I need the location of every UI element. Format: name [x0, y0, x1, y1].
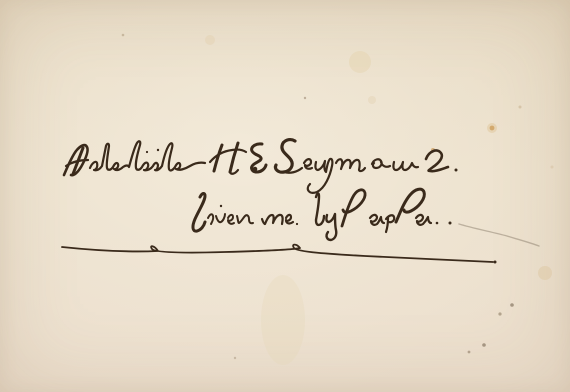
- faint-pencil-mark: [459, 224, 539, 246]
- inscription-drawing: [0, 0, 570, 392]
- inscription-line2-drawing: [193, 189, 452, 240]
- foxing-spots: [122, 34, 554, 365]
- signature-line1-drawing: [64, 140, 458, 193]
- book-endpaper-photo: Adelaide H E Seymour. Given me by Papa.: [0, 0, 570, 392]
- underline-flourish: [62, 245, 497, 264]
